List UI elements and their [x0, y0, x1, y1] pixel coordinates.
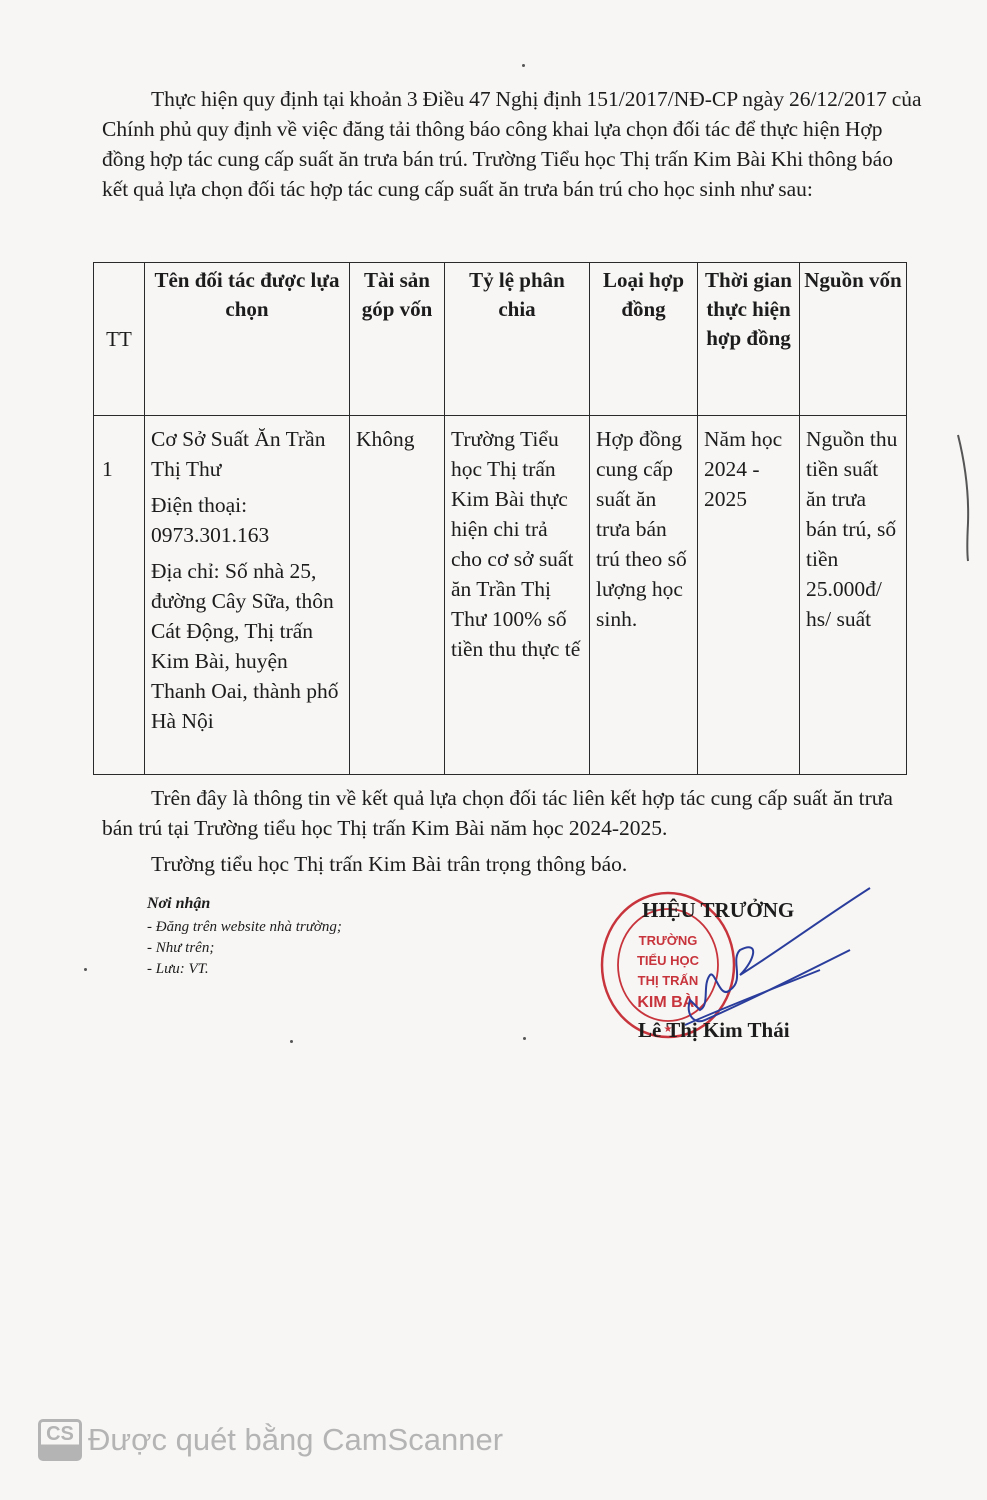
cell-sharing-ratio: Trường Tiểu học Thị trấn Kim Bài thực hi…	[445, 416, 590, 775]
signature-block: TRƯỜNG TIỂU HỌC THỊ TRẤN KIM BÀI ★ HIỆU …	[590, 880, 880, 1060]
closing-statement: Trường tiểu học Thị trấn Kim Bài trân tr…	[102, 849, 922, 879]
recipient-item: - Đăng trên website nhà trường;	[147, 917, 342, 938]
cell-duration: Năm học 2024 - 2025	[698, 416, 800, 775]
cell-partner: Cơ Sở Suất Ăn Trần Thị Thư Điện thoại: 0…	[145, 416, 350, 775]
closing-paragraph: Trên đây là thông tin về kết quả lựa chọ…	[102, 783, 922, 843]
partner-selection-table: TT Tên đối tác được lựa chọn Tài sản góp…	[93, 262, 907, 775]
partner-name: Cơ Sở Suất Ăn Trần Thị Thư	[151, 424, 343, 484]
table-header-row: TT Tên đối tác được lựa chọn Tài sản góp…	[94, 263, 907, 416]
cell-capital-assets: Không	[350, 416, 445, 775]
recipient-item: - Lưu: VT.	[147, 959, 342, 980]
scan-dot	[84, 968, 87, 971]
recipient-item: - Như trên;	[147, 938, 342, 959]
partner-phone: Điện thoại: 0973.301.163	[151, 490, 343, 550]
header-capital-assets: Tài sản góp vốn	[350, 263, 445, 416]
header-tt: TT	[94, 263, 145, 416]
watermark-text: Được quét bằng CamScanner	[88, 1422, 503, 1458]
header-sharing-ratio: Tỷ lệ phân chia	[445, 263, 590, 416]
cell-funding-source: Nguồn thu tiền suất ăn trưa bán trú, số …	[800, 416, 907, 775]
cell-contract-type: Hợp đồng cung cấp suất ăn trưa bán trú t…	[590, 416, 698, 775]
camscanner-logo-icon: CS	[38, 1419, 82, 1461]
camscanner-watermark: CS Được quét bằng CamScanner	[38, 1419, 503, 1461]
scan-dot	[522, 64, 525, 67]
scan-dot	[523, 1037, 526, 1040]
intro-paragraph: Thực hiện quy định tại khoản 3 Điều 47 N…	[102, 84, 922, 204]
header-duration: Thời gian thực hiện hợp đồng	[698, 263, 800, 416]
scan-artifact-mark	[955, 433, 975, 563]
header-contract-type: Loại hợp đồng	[590, 263, 698, 416]
recipients-block: Nơi nhận - Đăng trên website nhà trường;…	[147, 893, 342, 980]
recipients-title: Nơi nhận	[147, 893, 342, 914]
signer-name: Lê Thị Kim Thái	[638, 1018, 790, 1043]
header-funding-source: Nguồn vốn	[800, 263, 907, 416]
cell-tt: 1	[94, 416, 145, 775]
header-partner-name: Tên đối tác được lựa chọn	[145, 263, 350, 416]
scan-dot	[290, 1040, 293, 1043]
document-page: Thực hiện quy định tại khoản 3 Điều 47 N…	[0, 0, 987, 1500]
table-row: 1 Cơ Sở Suất Ăn Trần Thị Thư Điện thoại:…	[94, 416, 907, 775]
partner-address: Địa chỉ: Số nhà 25, đường Cây Sữa, thôn …	[151, 556, 343, 736]
